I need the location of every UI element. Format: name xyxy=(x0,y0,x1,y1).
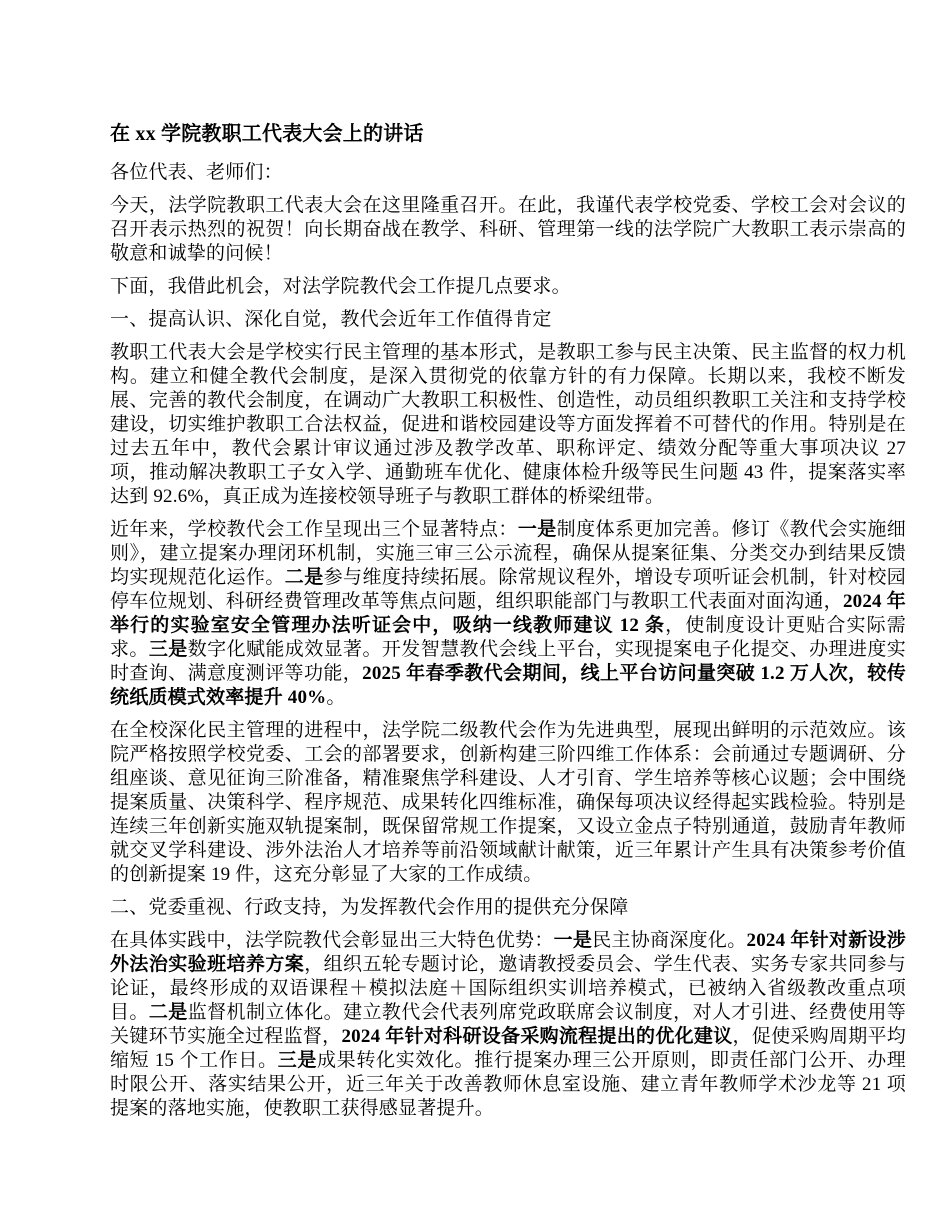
paragraph: 今天，法学院教职工代表大会在这里隆重召开。在此，我谨代表学校党委、学校工会对会议… xyxy=(110,194,906,266)
bold-text-run: 二是 xyxy=(149,1002,188,1023)
text-run: 在具体实践中，法学院教代会彰显出三大特色优势： xyxy=(110,930,554,951)
bold-text-run: 三是 xyxy=(149,639,188,660)
text-run: 各位代表、老师们： xyxy=(110,162,283,183)
paragraph: 教职工代表大会是学校实行民主管理的基本形式，是教职工参与民主决策、民主监督的权力… xyxy=(110,341,906,509)
bold-text-run: 在 xx 学院教职工代表大会上的讲话 xyxy=(110,123,424,145)
paragraph: 在具体实践中，法学院教代会彰显出三大特色优势：一是民主协商深度化。2024 年针… xyxy=(110,929,906,1121)
document-body: 在 xx 学院教职工代表大会上的讲话各位代表、老师们：今天，法学院教职工代表大会… xyxy=(110,122,906,1130)
bold-text-run: 二是 xyxy=(285,567,324,588)
bold-text-run: 一是 xyxy=(554,930,593,951)
text-run: 一、提高认识、深化自觉，教代会近年工作值得肯定 xyxy=(110,309,552,330)
text-run: 今天，法学院教职工代表大会在这里隆重召开。在此，我谨代表学校党委、学校工会对会议… xyxy=(110,195,906,264)
text-run: 在全校深化民主管理的进程中，法学院二级教代会作为先进典型，展现出鲜明的示范效应。… xyxy=(110,720,906,885)
paragraph: 在全校深化民主管理的进程中，法学院二级教代会作为先进典型，展现出鲜明的示范效应。… xyxy=(110,719,906,887)
bold-text-run: 三是 xyxy=(278,1050,317,1071)
section-heading: 二、党委重视、行政支持，为发挥教代会作用的提供充分保障 xyxy=(110,896,906,920)
paragraph: 下面，我借此机会，对法学院教代会工作提几点要求。 xyxy=(110,275,906,299)
text-run: 二、党委重视、行政支持，为发挥教代会作用的提供充分保障 xyxy=(110,897,628,918)
paragraph: 近年来，学校教代会工作呈现出三个显著特点：一是制度体系更加完善。修订《教代会实施… xyxy=(110,518,906,710)
bold-text-run: 2024 年针对科研设备采购流程提出的优化建议 xyxy=(341,1026,732,1047)
text-run: 下面，我借此机会，对法学院教代会工作提几点要求。 xyxy=(110,276,571,297)
text-run: 近年来，学校教代会工作呈现出三个显著特点： xyxy=(110,519,518,540)
section-heading: 一、提高认识、深化自觉，教代会近年工作值得肯定 xyxy=(110,308,906,332)
document-title: 在 xx 学院教职工代表大会上的讲话 xyxy=(110,122,906,146)
text-run: 教职工代表大会是学校实行民主管理的基本形式，是教职工参与民主决策、民主监督的权力… xyxy=(110,342,906,507)
document-page: { "colors": { "background": "#ffffff", "… xyxy=(0,0,950,1230)
text-run: 。 xyxy=(326,687,345,708)
text-run: 民主协商深度化。 xyxy=(592,930,746,951)
paragraph: 各位代表、老师们： xyxy=(110,161,906,185)
bold-text-run: 一是 xyxy=(518,519,557,540)
